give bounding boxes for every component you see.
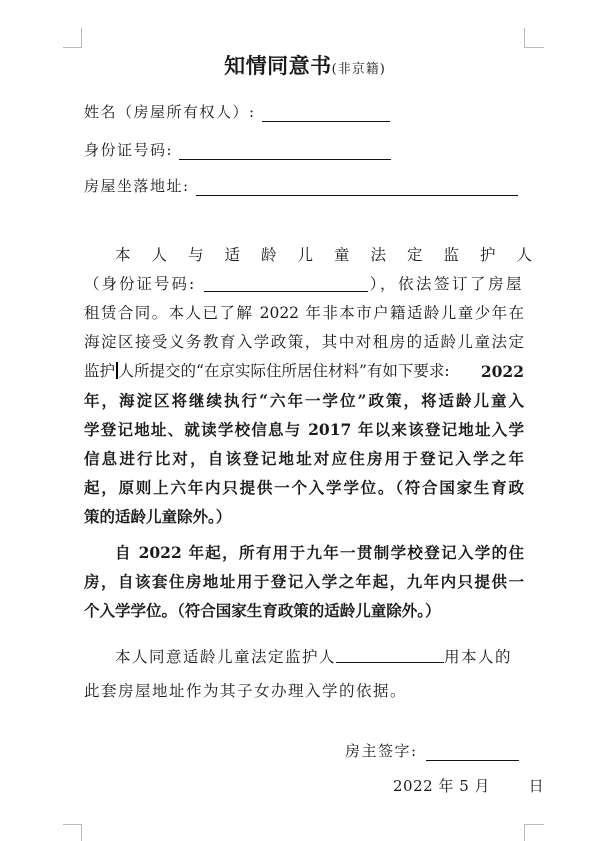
para1-text: 监护人所提交的“在京实际住所居住材料”有如下要求:	[84, 357, 450, 386]
para1-text: ），依法签订了房屋	[370, 270, 524, 299]
para1-line: 信息进行比对，自该登记地址对应住房用于登记入学之年	[84, 444, 524, 473]
para1-line: 策的适龄儿童除外。）	[84, 502, 524, 531]
page-corner-mark-top-right	[524, 28, 544, 48]
title-suffix: (非京籍)	[332, 62, 386, 77]
document-title: 知情同意书(非京籍)	[0, 50, 610, 80]
para1-line: 监护人所提交的“在京实际住所居住材料”有如下要求: 2022	[84, 357, 524, 386]
para1-line: 学登记地址、就读学校信息与 2017 年以来该登记地址入学	[84, 415, 524, 444]
para2-line: 个入学学位。（符合国家生育政策的适龄儿童除外。）	[84, 596, 524, 625]
date-day: 日	[529, 777, 545, 795]
property-address-label: 房屋坐落地址:	[84, 175, 190, 196]
id-number-field: 身份证号码:	[84, 139, 391, 160]
text-cursor	[116, 362, 118, 379]
paragraph-consent: 本人同意适龄儿童法定监护人 用本人的 此套房屋地址作为其子女办理入学的依据。	[84, 634, 524, 710]
para1-line: 年，海淀区将继续执行“六年一学位”政策，将适龄儿童入	[84, 386, 524, 415]
para3-text: 用本人的	[444, 642, 512, 672]
owner-signature: 房主签字:	[345, 740, 519, 761]
para1-line: （身份证号码: ），依法签订了房屋	[84, 270, 524, 299]
id-number-blank[interactable]	[179, 144, 391, 160]
property-address-blank[interactable]	[196, 180, 518, 196]
paragraph-nine-year-policy: 自 2022 年起，所有用于九年一贯制学校登记入学的住 房，自该套住房地址用于登…	[84, 538, 524, 625]
owner-name-blank[interactable]	[262, 106, 390, 122]
para3-line: 此套房屋地址作为其子女办理入学的依据。	[84, 672, 524, 710]
para2-line: 房，自该套住房地址用于登记入学之年起，九年内只提供一	[84, 567, 524, 596]
para2-line: 自 2022 年起，所有用于九年一贯制学校登记入学的住	[84, 538, 524, 567]
guardian-name-blank[interactable]	[336, 647, 444, 663]
para1-line: 起，原则上六年内只提供一个入学学位。（符合国家生育政	[84, 473, 524, 502]
para1-line: 租赁合同。本人已了解 2022 年非本市户籍适龄儿童少年在	[84, 299, 524, 328]
para1-line: 本人与适龄儿童法定监护人	[84, 241, 524, 270]
para3-line: 本人同意适龄儿童法定监护人 用本人的	[84, 634, 524, 672]
owner-name-label: 姓名（房屋所有权人）:	[84, 101, 256, 122]
page-corner-mark-bottom-right	[524, 824, 544, 841]
page-corner-mark-top-left	[63, 28, 82, 48]
owner-name-field: 姓名（房屋所有权人）:	[84, 101, 390, 122]
signature-blank[interactable]	[426, 745, 519, 761]
para1-text: （身份证号码:	[84, 270, 196, 299]
signature-label: 房主签字:	[345, 740, 418, 761]
para1-line: 海淀区接受义务教育入学政策，其中对租房的适龄儿童法定	[84, 328, 524, 357]
guardian-id-blank[interactable]	[204, 276, 368, 292]
property-address-field: 房屋坐落地址:	[84, 175, 518, 196]
para3-text: 本人同意适龄儿童法定监护人	[115, 642, 336, 672]
id-number-label: 身份证号码:	[84, 139, 173, 160]
para1-text: 本人与适龄儿童法定监护人	[115, 246, 553, 264]
para1-bold-text: 2022	[481, 357, 524, 386]
date-year-month: 2022 年 5 月	[393, 777, 490, 795]
paragraph-lease-statement: 本人与适龄儿童法定监护人 （身份证号码: ），依法签订了房屋 租赁合同。本人已了…	[84, 241, 524, 531]
page-corner-mark-bottom-left	[63, 824, 82, 841]
signature-date: 2022 年 5 月 日	[393, 775, 544, 796]
title-main: 知情同意书	[224, 54, 332, 78]
